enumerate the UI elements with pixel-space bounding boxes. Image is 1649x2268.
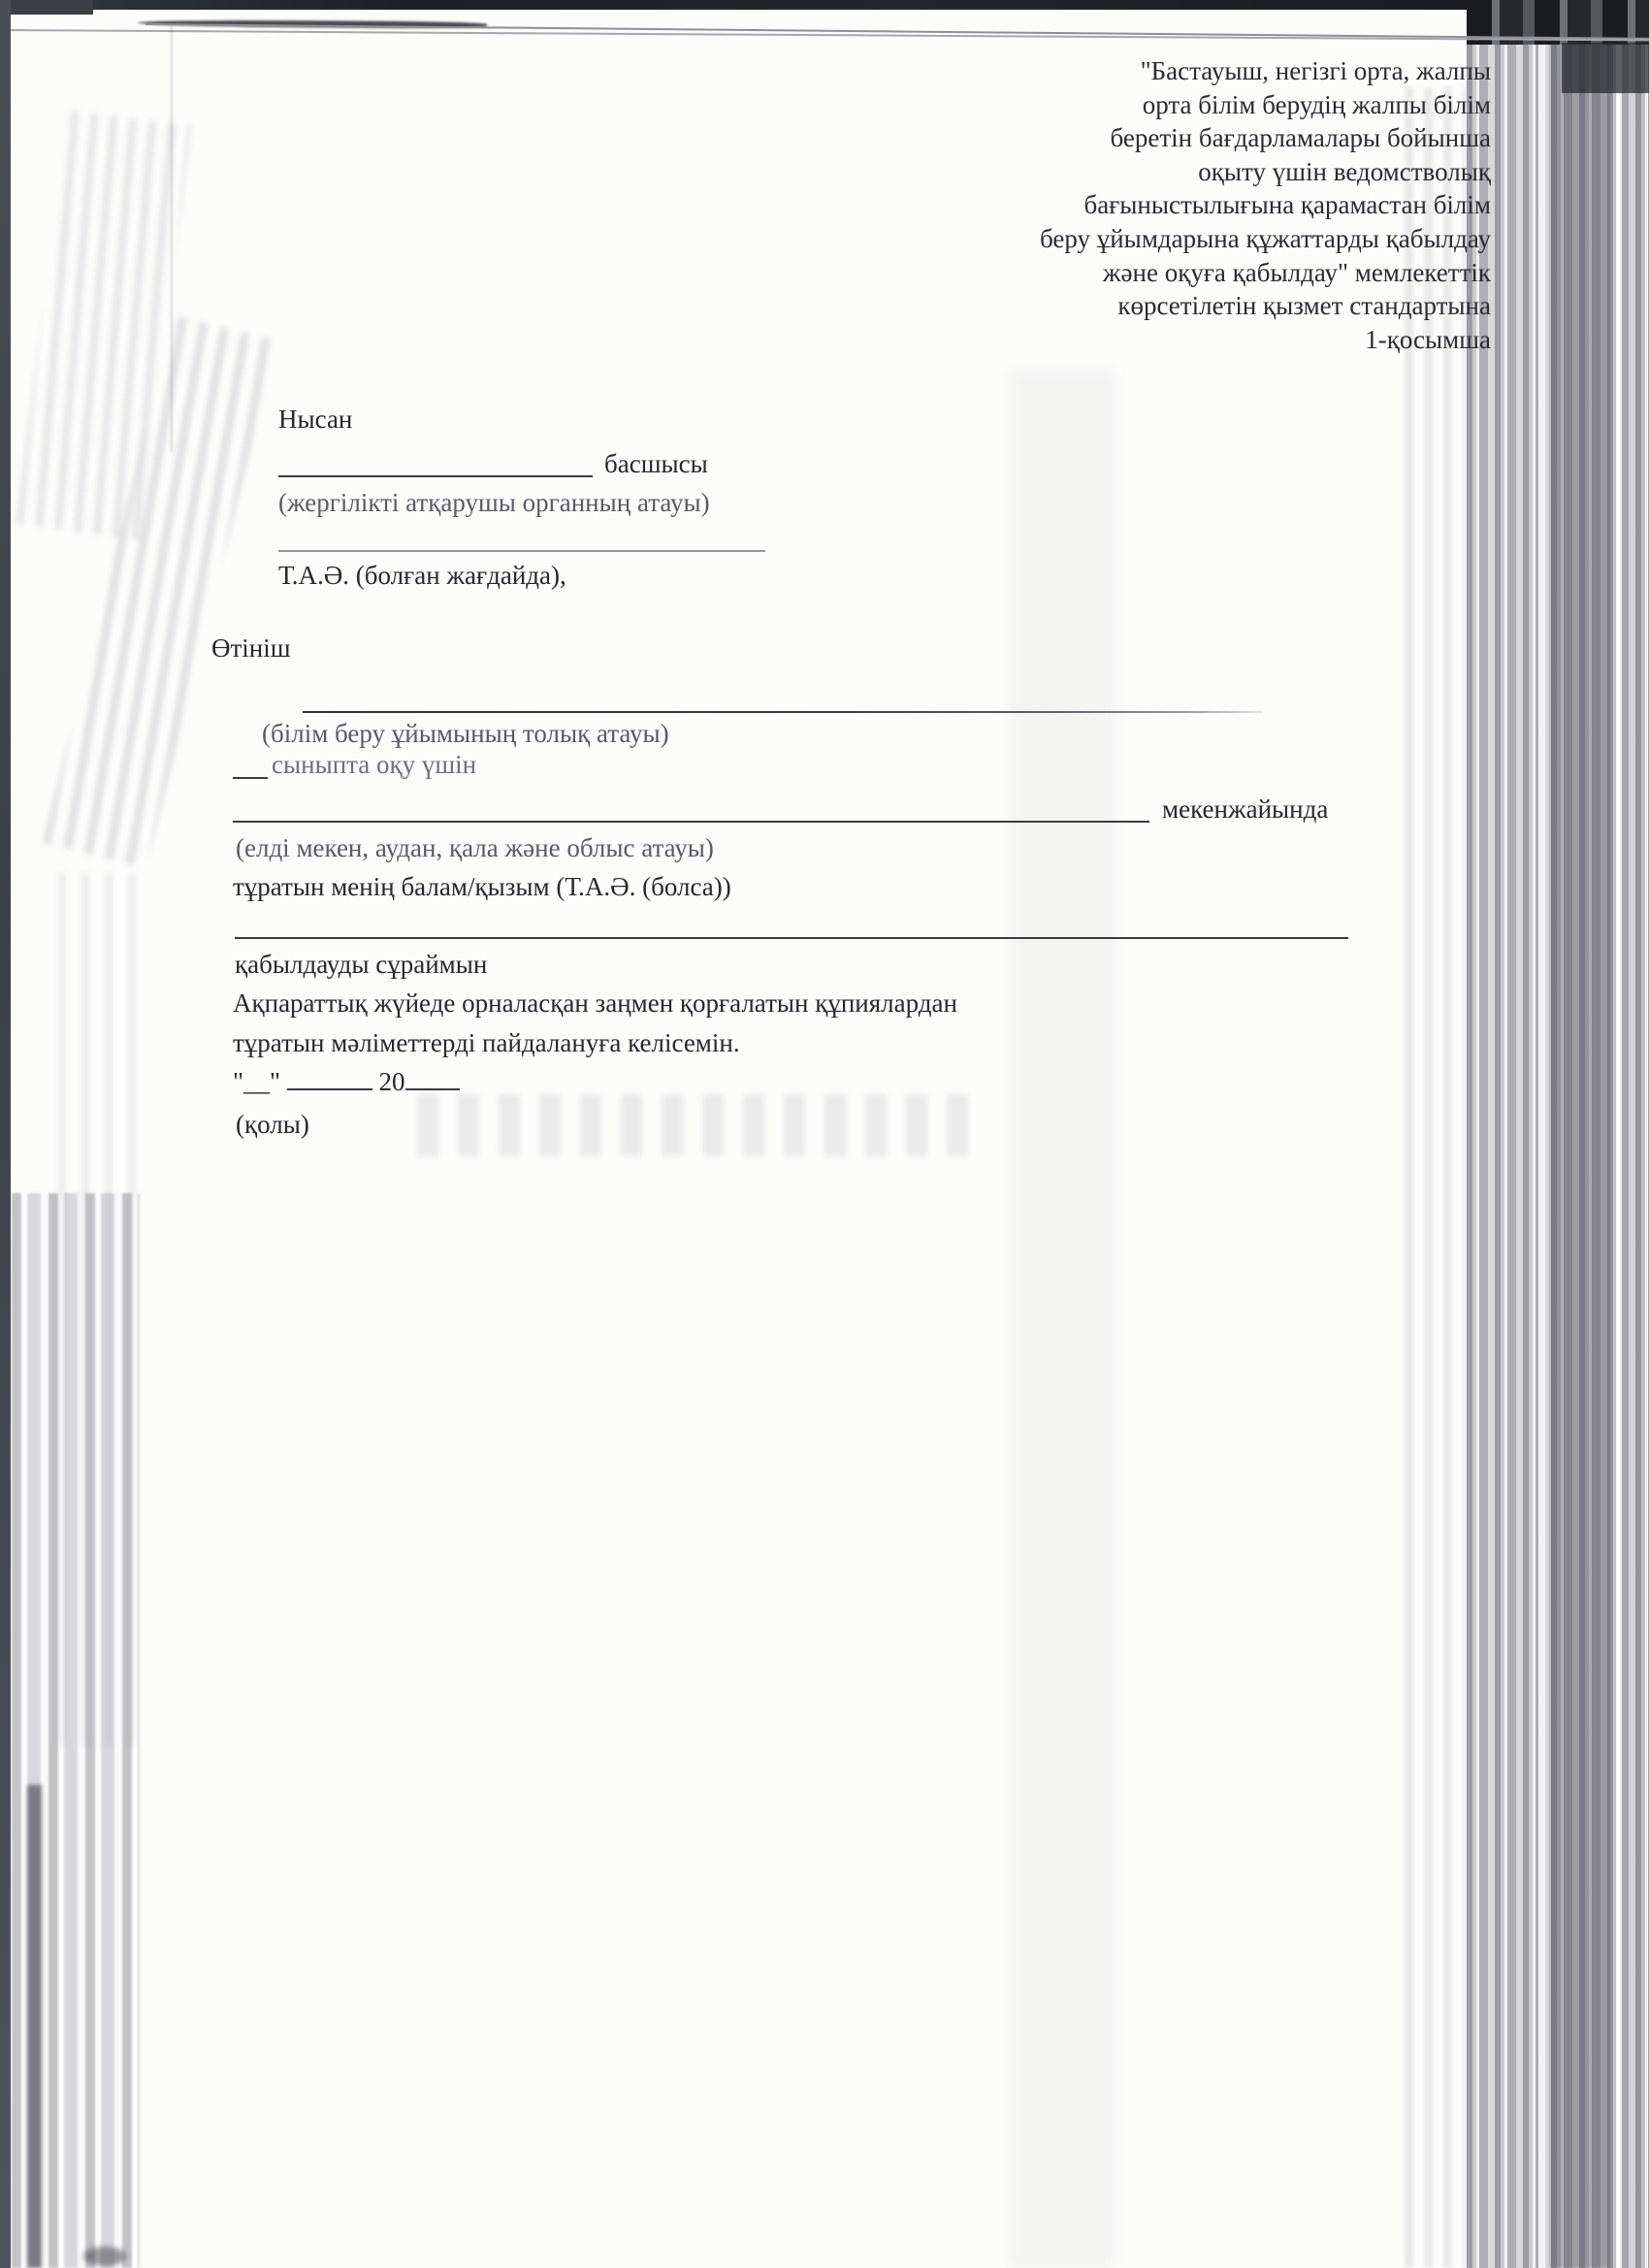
date-day-quotes: "__" (233, 1067, 280, 1096)
scan-left-dark-streak (27, 1785, 42, 2268)
org-full-caption: (білім беру ұйымының толық атауы) (262, 718, 669, 749)
consent-line-1: Ақпараттық жүйеде орналасқан заңмен қорғ… (233, 988, 957, 1019)
blank-field-line-fio (278, 550, 765, 552)
scan-right-stripe-band (1467, 0, 1649, 2268)
appendix-line: 1-қосымша (870, 323, 1491, 357)
scan-page-edge-curve (138, 19, 487, 29)
blank-field-line-org-name (303, 711, 1263, 713)
appendix-line: бағыныстылығына қарамастан білім (870, 188, 1491, 222)
scanned-document-page: "Бастауыш, негізгі орта, жалпы орта білі… (0, 0, 1649, 2268)
appendix-line: беретін бағдарламалары бойынша (870, 121, 1491, 155)
signature-caption: (қолы) (236, 1109, 309, 1140)
appendix-line: беру ұйымдарына құжаттарды қабылдау (870, 222, 1491, 256)
appendix-line: оқыту үшін ведомстволық (870, 155, 1491, 189)
appendix-line: көрсетілетін қызмет стандартына (870, 289, 1491, 323)
blank-field-line-head-name (278, 475, 593, 477)
scan-top-edge (0, 0, 1649, 10)
scan-page-edge-line (145, 23, 1649, 40)
address-word: мекенжайында (1162, 794, 1328, 825)
scan-page-edge-line (0, 29, 1649, 41)
appendix-line: және оқуға қабылдау" мемлекеттік (870, 256, 1491, 290)
appendix-line: "Бастауыш, негізгі орта, жалпы (870, 54, 1491, 88)
date-line: "__" 20 (233, 1065, 460, 1097)
scan-toner-smudge (16, 111, 191, 540)
head-word: басшысы (604, 448, 708, 479)
request-text: қабылдауды сұраймын (235, 949, 487, 980)
org-caption: (жергілікті атқарушы органның атауы) (278, 487, 710, 518)
fio-caption: Т.А.Ә. (болған жағдайда), (278, 560, 566, 591)
scan-top-right-blocks (1562, 43, 1649, 93)
blank-field-line-address (233, 821, 1149, 823)
appendix-reference-block: "Бастауыш, негізгі орта, жалпы орта білі… (870, 54, 1491, 356)
grade-text: сыныпта оқу үшін (272, 749, 476, 780)
blank-field-line-child-name (235, 937, 1348, 939)
scan-bleedthrough-text (417, 1094, 970, 1156)
application-title: Өтініш (211, 632, 291, 664)
scan-toner-smudge (43, 315, 277, 868)
form-label: Нысан (278, 404, 352, 435)
scan-toner-smudge (58, 873, 145, 1746)
scan-right-soft-stripes (1405, 87, 1467, 2268)
scan-right-dark-stripe (1550, 43, 1610, 2268)
blank-field-line-year (405, 1065, 460, 1090)
scan-crease-line (171, 25, 173, 452)
scan-bottom-mark (83, 2247, 126, 2266)
scan-right-white-gap (1538, 43, 1545, 2268)
scan-top-right-blocks (1467, 0, 1649, 45)
scan-right-white-gap (1616, 43, 1622, 2268)
scan-left-edge (0, 0, 11, 2268)
appendix-line: орта білім берудің жалпы білім (870, 88, 1491, 122)
date-year-prefix: 20 (379, 1067, 405, 1096)
child-text: тұратын менің балам/қызым (Т.А.Ә. (болса… (233, 871, 731, 902)
scan-soft-band (1009, 369, 1115, 2268)
scan-left-stripe-band (12, 1193, 140, 2268)
consent-line-2: тұратын мәліметтерді пайдалануға келісем… (233, 1027, 740, 1058)
scan-top-left-edge (0, 0, 93, 15)
blank-field-line-grade (233, 777, 268, 779)
address-caption: (елді мекен, аудан, қала және облыс атау… (236, 832, 714, 863)
blank-field-line-month (287, 1065, 372, 1090)
